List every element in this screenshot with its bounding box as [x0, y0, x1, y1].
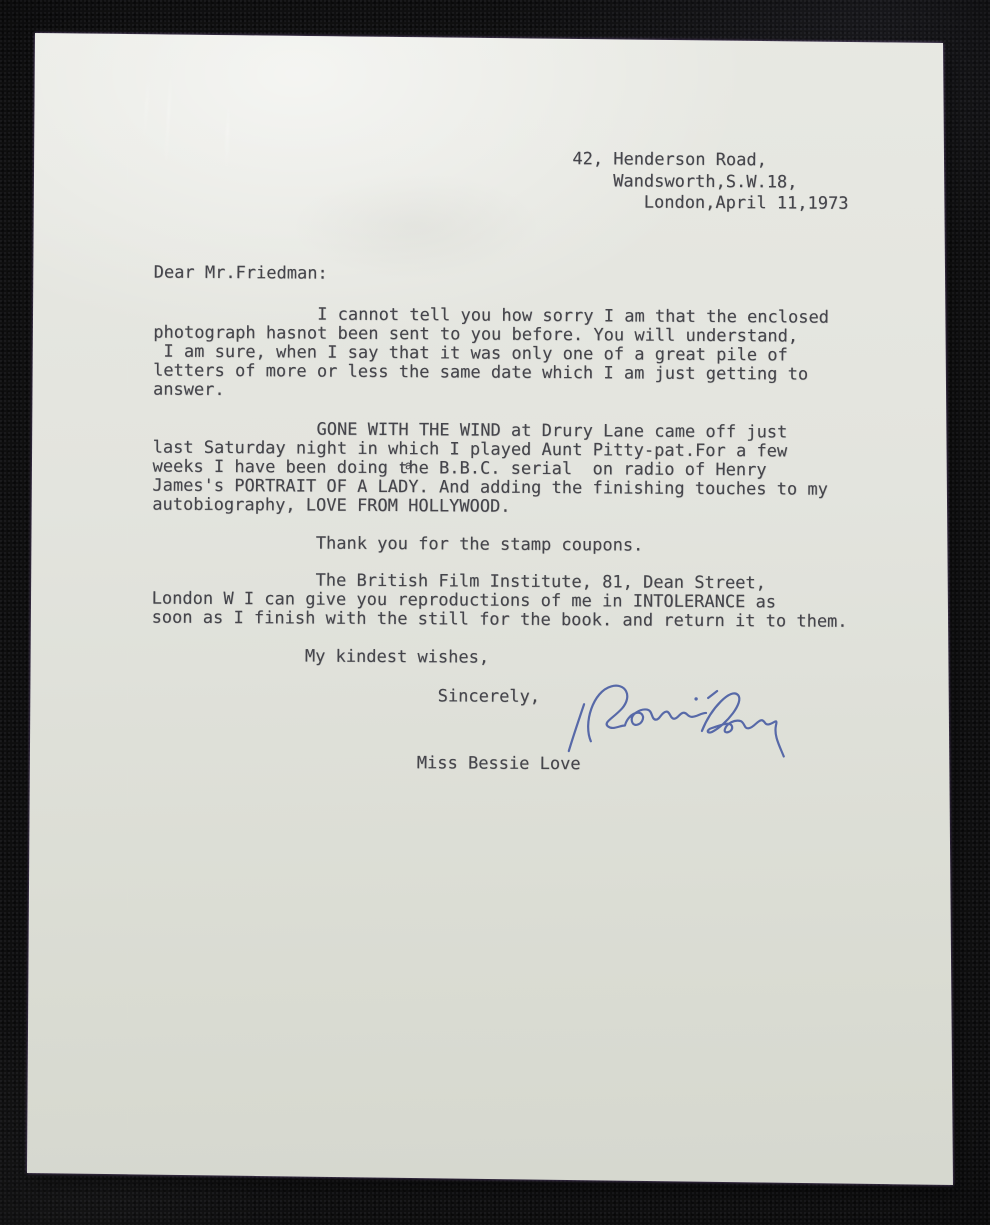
paper-shadow: 42, Henderson Road, Wandsworth,S.W.18, L… [0, 0, 990, 1225]
typed-name: Miss Bessie Love [151, 753, 581, 775]
letter-content: 42, Henderson Road, Wandsworth,S.W.18, L… [0, 0, 990, 1225]
signature-stroke [708, 691, 717, 698]
body-paragraph-4: The British Film Institute, 81, Dean Str… [152, 571, 848, 632]
body-paragraph-1: I cannot tell you how sorry I am that th… [153, 305, 829, 404]
letter-paper: 42, Henderson Road, Wandsworth,S.W.18, L… [0, 0, 990, 1225]
return-address: 42, Henderson Road, Wandsworth,S.W.18, L… [572, 149, 849, 215]
body-paragraph-3: Thank you for the stamp coupons. [152, 534, 643, 556]
signature-stroke [569, 704, 584, 751]
signature-bessie-love [559, 677, 792, 766]
closing-wishes: My kindest wishes, [151, 647, 489, 668]
salutation: Dear Mr.Friedman: [154, 264, 328, 284]
body-paragraph-2: GONE WITH THE WIND at Drury Lane came of… [152, 420, 828, 519]
closing-sincerely: Sincerely, [151, 686, 540, 707]
photo-background: 42, Henderson Road, Wandsworth,S.W.18, L… [0, 0, 990, 1225]
signature-stroke [702, 693, 784, 756]
signature-stroke [694, 697, 697, 700]
signature-stroke [588, 686, 706, 742]
